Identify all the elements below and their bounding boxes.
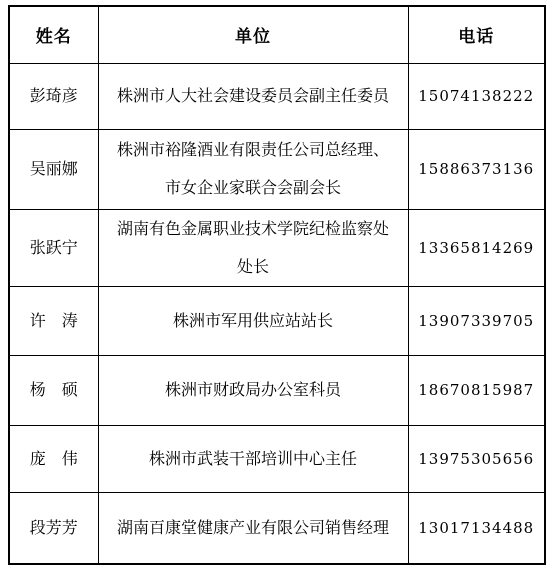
table-row: 许 涛 株洲市军用供应站站长 13907339705 bbox=[9, 286, 545, 355]
unit-cell: 株洲市财政局办公室科员 bbox=[98, 355, 408, 425]
table-row: 庞 伟 株洲市武装干部培训中心主任 13975305656 bbox=[9, 425, 545, 492]
table-body: 彭琦彦 株洲市人大社会建设委员会副主任委员 15074138222 吴丽娜 株洲… bbox=[9, 63, 545, 564]
name-cell: 段芳芳 bbox=[9, 492, 98, 564]
unit-cell: 株洲市人大社会建设委员会副主任委员 bbox=[98, 63, 408, 129]
phone-cell: 13907339705 bbox=[408, 286, 545, 355]
phone-cell: 15886373136 bbox=[408, 129, 545, 209]
table-row: 段芳芳 湖南百康堂健康产业有限公司销售经理 13017134488 bbox=[9, 492, 545, 564]
phone-cell: 18670815987 bbox=[408, 355, 545, 425]
table-row: 彭琦彦 株洲市人大社会建设委员会副主任委员 15074138222 bbox=[9, 63, 545, 129]
name-cell: 庞 伟 bbox=[9, 425, 98, 492]
name-cell: 杨 硕 bbox=[9, 355, 98, 425]
table-header: 姓名 单位 电话 bbox=[9, 6, 545, 63]
table-row: 杨 硕 株洲市财政局办公室科员 18670815987 bbox=[9, 355, 545, 425]
phone-cell: 13975305656 bbox=[408, 425, 545, 492]
header-row: 姓名 单位 电话 bbox=[9, 6, 545, 63]
name-cell: 彭琦彦 bbox=[9, 63, 98, 129]
unit-cell: 株洲市军用供应站站长 bbox=[98, 286, 408, 355]
table-row: 张跃宁 湖南有色金属职业技术学院纪检监察处处长 13365814269 bbox=[9, 209, 545, 286]
header-cell-name: 姓名 bbox=[9, 6, 98, 63]
unit-cell: 株洲市武装干部培训中心主任 bbox=[98, 425, 408, 492]
unit-cell: 湖南有色金属职业技术学院纪检监察处处长 bbox=[98, 209, 408, 286]
name-cell: 许 涛 bbox=[9, 286, 98, 355]
contact-table: 姓名 单位 电话 彭琦彦 株洲市人大社会建设委员会副主任委员 150741382… bbox=[8, 5, 546, 565]
phone-cell: 13017134488 bbox=[408, 492, 545, 564]
document-page: 姓名 单位 电话 彭琦彦 株洲市人大社会建设委员会副主任委员 150741382… bbox=[0, 0, 552, 570]
name-cell: 吴丽娜 bbox=[9, 129, 98, 209]
header-cell-phone: 电话 bbox=[408, 6, 545, 63]
name-cell: 张跃宁 bbox=[9, 209, 98, 286]
table-row: 吴丽娜 株洲市裕隆酒业有限责任公司总经理、市女企业家联合会副会长 1588637… bbox=[9, 129, 545, 209]
unit-cell: 株洲市裕隆酒业有限责任公司总经理、市女企业家联合会副会长 bbox=[98, 129, 408, 209]
phone-cell: 15074138222 bbox=[408, 63, 545, 129]
header-cell-unit: 单位 bbox=[98, 6, 408, 63]
unit-cell: 湖南百康堂健康产业有限公司销售经理 bbox=[98, 492, 408, 564]
phone-cell: 13365814269 bbox=[408, 209, 545, 286]
